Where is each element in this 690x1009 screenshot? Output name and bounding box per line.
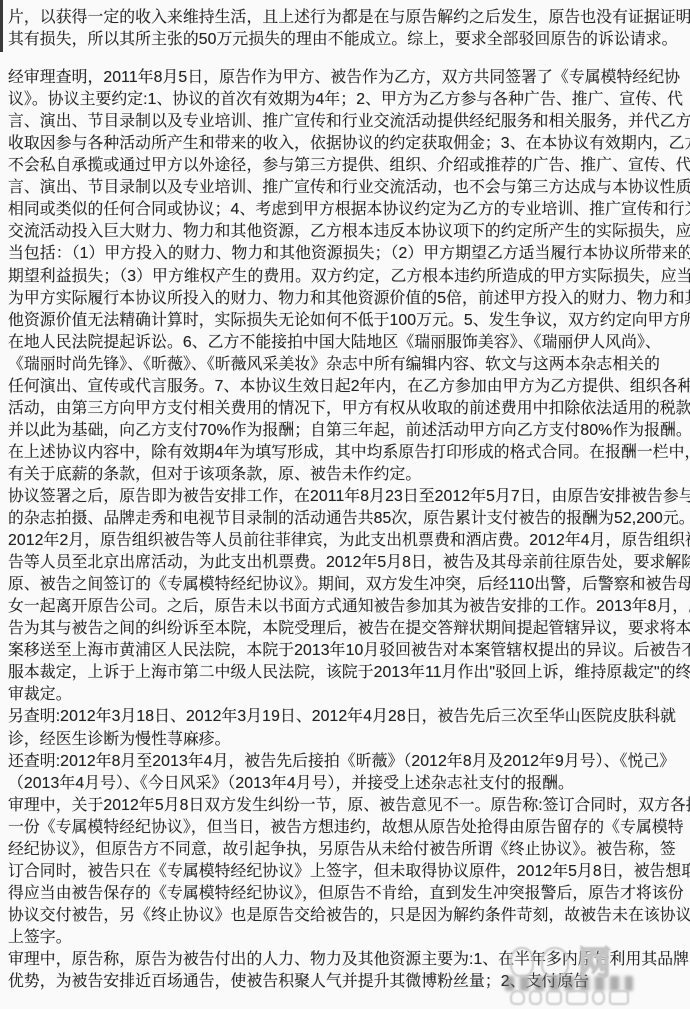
text-line: （2013年4月号）、《今日风采》（2013年4月号），并接受上述杂志社支付的报… [8, 773, 690, 795]
text-line: 协议交付被告，另《终止协议》也是原告交给被告的，只是因为解约条件苛刻，故被告未在… [8, 905, 690, 927]
text-line: 诊，经医生诊断为慢性荨麻疹。 [8, 729, 690, 751]
text-line: 言、演出、节目录制以及专业培训、推广宣传和行业交流活动，也不会与第三方达成与本协… [8, 177, 690, 199]
text-line: 另查明:2012年3月18日、2012年3月19日、2012年4月28日，被告先… [8, 706, 690, 728]
text-line: 审理中，关于2012年5月8日双方发生纠纷一节，原、被告意见不一。原告称:签订合… [8, 795, 690, 817]
text-line: 当包括：（1）甲方投入的财力、物力和其他资源损失；（2）甲方期望乙方适当履行本协… [8, 243, 690, 265]
text-line: 服本裁定，上诉于上海市第二中级人民法院，该院于2013年11月作出"驳回上诉，维… [8, 662, 690, 684]
text-line: 在上述协议内容中，除有效期4年为填写形成，其中均系原告打印形成的格式合同。在报酬… [8, 442, 690, 464]
legal-document-page: 片，以获得一定的收入来维持生活，且上述行为都是在与原告解约之后发生，原告也没有证… [0, 0, 690, 1009]
text-line: 其有损失，所以其所主张的50万元损失的理由不能成立。综上，要求全部驳回原告的诉讼… [8, 29, 690, 51]
text-line: 为甲方实际履行本协议所投入的财力、物力和其他资源价值的5倍，前述甲方投入的财力、… [8, 288, 690, 310]
judgment-text: 片，以获得一定的收入来维持生活，且上述行为都是在与原告解约之后发生，原告也没有证… [8, 7, 690, 993]
text-line: 活动，由第三方向甲方支付相关费用的情况下，甲方有权从收取的前述费用中扣除依法适用… [8, 398, 690, 420]
text-line: 告为其与被告之间的纠纷诉至本院，本院受理后，被告在提交答辩状期间提起管辖异议，要… [8, 618, 690, 640]
text-line: 相同或类似的任何合同或协议；4、考虑到甲方根据本协议约定为乙方的专业培训、推广宣… [8, 199, 690, 221]
obscured-text-smudge [505, 976, 633, 991]
text-line: 经纪协议》，但原告方不同意，故引起争执，另原告从未给付被告所谓《终止协议》。被告… [8, 839, 690, 861]
text-line: 不会私自承揽或通过甲方以外途径，参与第三方提供、组织、介绍或推荐的广告、推广、宣… [8, 155, 690, 177]
text-line: 案移送至上海市黄浦区人民法院，本院于2013年10月驳回被告对本案管辖权提出的异… [8, 640, 690, 662]
text-line: 议》。协议主要约定:1、协议的首次有效期为4年；2、甲方为乙方参与各种广告、推广… [8, 89, 690, 111]
paragraph-conflict-accounts: 审理中，关于2012年5月8日双方发生纠纷一节，原、被告意见不一。原告称:签订合… [8, 795, 690, 949]
text-line: 协议签署之后，原告即为被告安排工作，在2011年8月23日至2012年5月7日，… [8, 486, 690, 508]
text-line: 一份《专属模特经纪协议》，但当日，被告方想违约，故想从原告处抢得由原告留存的《专… [8, 817, 690, 839]
screenshot-edge-artifact [0, 0, 3, 52]
paragraph-medical-findings: 另查明:2012年3月18日、2012年3月19日、2012年4月28日，被告先… [8, 706, 690, 750]
paragraph-defense-argument: 片，以获得一定的收入来维持生活，且上述行为都是在与原告解约之后发生，原告也没有证… [8, 7, 690, 51]
text-line: 女一起离开原告公司。之后，原告未以书面方式通知被告参加其为被告安排的工作。201… [8, 596, 690, 618]
text-line: 审裁定。 [8, 684, 690, 706]
text-line: 审理中，原告称，原告为被告付出的人力、物力及其他资源主要为:1、在半年多内原告利… [8, 949, 690, 971]
text-line: 经审理查明，2011年8月5日，原告作为甲方、被告作为乙方，双方共同签署了《专属… [8, 67, 690, 89]
text-line: 期望利益损失；（3）甲方维权产生的费用。双方约定，乙方根本违约所造成的甲方实际损… [8, 266, 690, 288]
text-line: 还查明:2012年8月至2013年4月，被告先后接拍《昕薇》（2012年8月及2… [8, 751, 690, 773]
text-line: 告等人员至北京出席活动，为此支出机票费。2012年5月8日，被告及其母亲前往原告… [8, 552, 690, 574]
text-line: 交流活动投入巨大财力、物力和其他资源，乙方根本违反本协议项下的约定所产生的实际损… [8, 221, 690, 243]
text-line: 订合同时，被告只在《专属模特经纪协议》上签字，但未取得协议原件，2012年5月8… [8, 861, 690, 883]
paragraph-agreement-findings: 经审理查明，2011年8月5日，原告作为甲方、被告作为乙方，双方共同签署了《专属… [8, 67, 690, 486]
text-line: 的杂志拍摄、品牌走秀和电视节目录制的活动通告共85次，原告累计支付被告的报酬为5… [8, 508, 690, 530]
text-line: 收取因参与各种活动所产生和带来的收入，依据协议的约定获取佣金；3、在本协议有效期… [8, 133, 690, 155]
text-line: 言、演出、节目录制以及专业培训、推广宣传和行业交流活动提供经纪服务和相关服务，并… [8, 111, 690, 133]
text-line: 得应当由被告保存的《专属模特经纪协议》，但原告不肯给，直到发生冲突报警后，原告才… [8, 883, 690, 905]
text-line: 有关于底薪的条款，但对于该项条款，原、被告未作约定。 [8, 464, 690, 486]
text-line: 片，以获得一定的收入来维持生活，且上述行为都是在与原告解约之后发生，原告也没有证… [8, 7, 690, 29]
text-line: 上签字。 [8, 927, 690, 949]
text-line: 任何演出、宣传或代言服务。7、本协议生效日起2年内，在乙方参加由甲方为乙方提供、… [8, 376, 690, 398]
text-line: 2012年2月，原告组织被告等人员前往菲律宾，为此支出机票费和酒店费。2012年… [8, 530, 690, 552]
text-line: 他资源价值无法精确计算时，实际损失无论如何不低于100万元。5、发生争议，双方约… [8, 310, 690, 332]
text-line: 原、被告之间签订的《专属模特经纪协议》。期间，双方发生冲突，后经110出警，后警… [8, 574, 690, 596]
paragraph-performance-and-dispute: 协议签署之后，原告即为被告安排工作，在2011年8月23日至2012年5月7日，… [8, 486, 690, 706]
text-line: 《瑞丽时尚先锋》、《昕薇》、《昕薇风采美妆》杂志中所有编辑内容、软文与这两本杂志… [8, 354, 690, 376]
text-line: 在地人民法院提起诉讼。6、乙方不能接拍中国大陆地区《瑞丽服饰美容》、《瑞丽伊人风… [8, 332, 690, 354]
text-line: 并以此为基础，向乙方支付70%作为报酬；自第三年起，前述活动甲方向乙方支付80%… [8, 420, 690, 442]
paragraph-magazine-findings: 还查明:2012年8月至2013年4月，被告先后接拍《昕薇》（2012年8月及2… [8, 751, 690, 795]
